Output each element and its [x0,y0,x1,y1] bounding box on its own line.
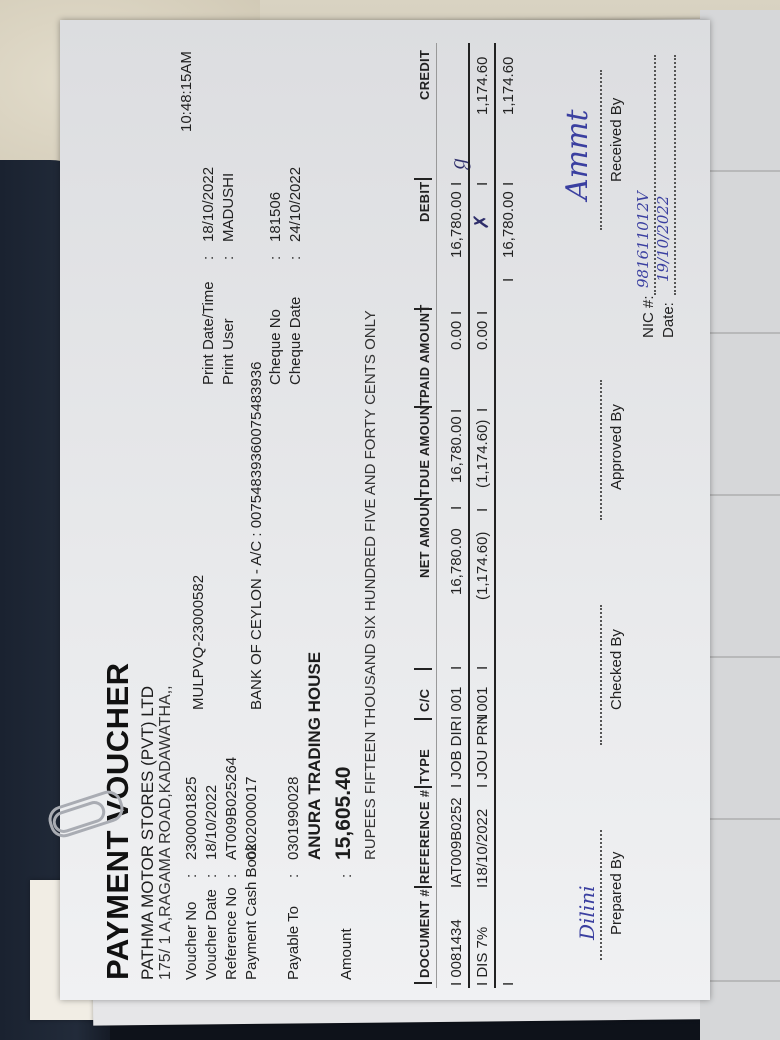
prepared-by-signature: Dilini [575,885,599,940]
checked-by-line [600,605,602,745]
col-net-amount: NET AMOUNT [417,489,432,578]
row1-debit: 16,780.00 [448,191,465,258]
row-separator: I [500,182,517,186]
colon: : [200,256,217,260]
prepared-by-label: Prepared By [608,852,625,935]
cash-book-label: Payment Cash Book [243,843,260,980]
company-name: PATHMA MOTOR STORES (PVT) LTD [138,686,158,980]
totals-rule [494,43,496,988]
voucher-date-label: Voucher Date [203,889,220,980]
handwritten-tick-mark: ℊ [442,154,471,174]
print-time-value: 10:48:15AM [178,51,195,132]
row-separator: I [448,311,465,315]
header-rule [436,43,437,988]
col-cc: C/C [417,689,432,712]
approved-by-line [600,380,602,520]
payment-voucher-sheet: PAYMENT VOUCHER PATHMA MOTOR STORES (PVT… [60,20,710,1000]
nic-value: 981611012V [634,191,652,288]
approved-by-label: Approved By [608,404,625,490]
payee-name: ANURA TRADING HOUSE [305,652,325,860]
payable-to-label: Payable To [285,906,302,980]
column-separator [414,407,432,409]
print-user-label: Print User [220,318,237,385]
print-date-label: Print Date/Time [200,281,217,385]
voucher-date-value: 18/10/2022 [203,785,220,860]
cheque-date-value: 24/10/2022 [287,167,304,242]
cash-book-value: 0202000017 [243,777,260,860]
row-separator: I [474,311,491,315]
row2-cc: I 001 [474,687,491,720]
date-label: Date: [660,302,677,338]
row2-type: I JOU PRN [474,714,491,788]
colon: : [183,874,200,878]
bank-account-number: 0075483936 [248,362,265,445]
row1-paid: 0.00 [448,321,465,350]
prepared-by-line [600,830,602,960]
amount-label: Amount [338,928,355,980]
row1-reference: IAT009B0252 [448,797,465,888]
reference-no-label: Reference No [223,887,240,980]
internal-reference: MULPVQ-23000582 [190,575,207,710]
payee-code: 0301990028 [285,777,302,860]
date-value: 19/10/2022 [654,196,672,282]
column-separator [414,179,432,181]
voucher-no-label: Voucher No [183,902,200,980]
col-due-amount: DUE AMOUNT [417,397,432,488]
colon: : [203,874,220,878]
column-separator [414,887,432,889]
row-separator: I [448,409,465,413]
received-by-line [600,70,602,230]
row1-cc: I 001 [448,687,465,720]
amount-in-words: RUPEES FIFTEEN THOUSAND SIX HUNDRED FIVE… [362,310,379,860]
row-separator: I [448,506,465,510]
colon: : [285,874,302,878]
row-separator: I [474,408,491,412]
cheque-no-label: Cheque No [267,309,284,385]
handwritten-tick-mark: ✗ [469,213,493,230]
colon: : [338,874,355,878]
row-separator: I [448,182,465,186]
colon: : [287,256,304,260]
company-address: 175/ 1 A,RAGAMA ROAD,KADAWATHA,, [157,685,175,980]
cheque-date-label: Cheque Date [287,297,304,385]
colon: : [267,256,284,260]
col-paid-amount: PAID AMOUNT [417,304,432,398]
print-date-value: 18/10/2022 [200,167,217,242]
row2-credit: 1,174.60 [474,57,491,115]
cheque-no-value: 181506 [267,192,284,242]
row1-type: I JOB DIR [448,720,465,788]
column-separator [414,719,432,721]
col-reference: REFERENCE # [417,790,432,884]
total-credit: 1,174.60 [500,57,517,115]
colon: : [220,256,237,260]
row2-paid: 0.00 [474,321,491,350]
col-document: DOCUMENT # [417,889,432,978]
bank-account: BANK OF CEYLON - A/C : 0075483936 [248,445,265,710]
colon: : [223,874,240,878]
col-type: TYPE [417,749,432,784]
received-by-signature: Ammt [560,109,595,200]
adjacent-document [700,10,780,1040]
row2-document: I DIS 7% [474,927,491,986]
checked-by-label: Checked By [608,629,625,710]
row1-document: I 0081434 [448,919,465,986]
amount-value: 15,605.40 [332,767,356,860]
row-separator: I [474,666,491,670]
row-rule [468,43,470,988]
colon: : [243,874,260,878]
column-separator [414,499,432,501]
row-separator: I [474,182,491,186]
col-debit: DEBIT [417,182,432,223]
row2-due: (1,174.60) [474,420,491,488]
date-line [674,55,676,295]
reference-no-value: AT009B025264 [223,757,240,860]
row1-net: 16,780.00 [448,528,465,595]
row2-net: (1,174.60) [474,532,491,600]
row2-reference: I18/10/2022 [474,809,491,888]
print-user-value: MADUSHI [220,173,237,242]
column-separator [414,983,432,985]
row-separator: I [500,278,517,282]
total-debit: 16,780.00 [500,191,517,258]
row-separator: I [500,982,517,986]
col-credit: CREDIT [417,50,432,100]
row-separator: I [448,666,465,670]
nic-label: NIC #: [640,295,657,338]
column-separator [414,787,432,789]
voucher-no-value: 2300001825 [183,777,200,860]
row-separator: I [474,508,491,512]
column-separator [414,309,432,311]
column-separator [414,669,432,671]
row1-due: 16,780.00 [448,416,465,483]
received-by-label: Received By [608,98,625,182]
